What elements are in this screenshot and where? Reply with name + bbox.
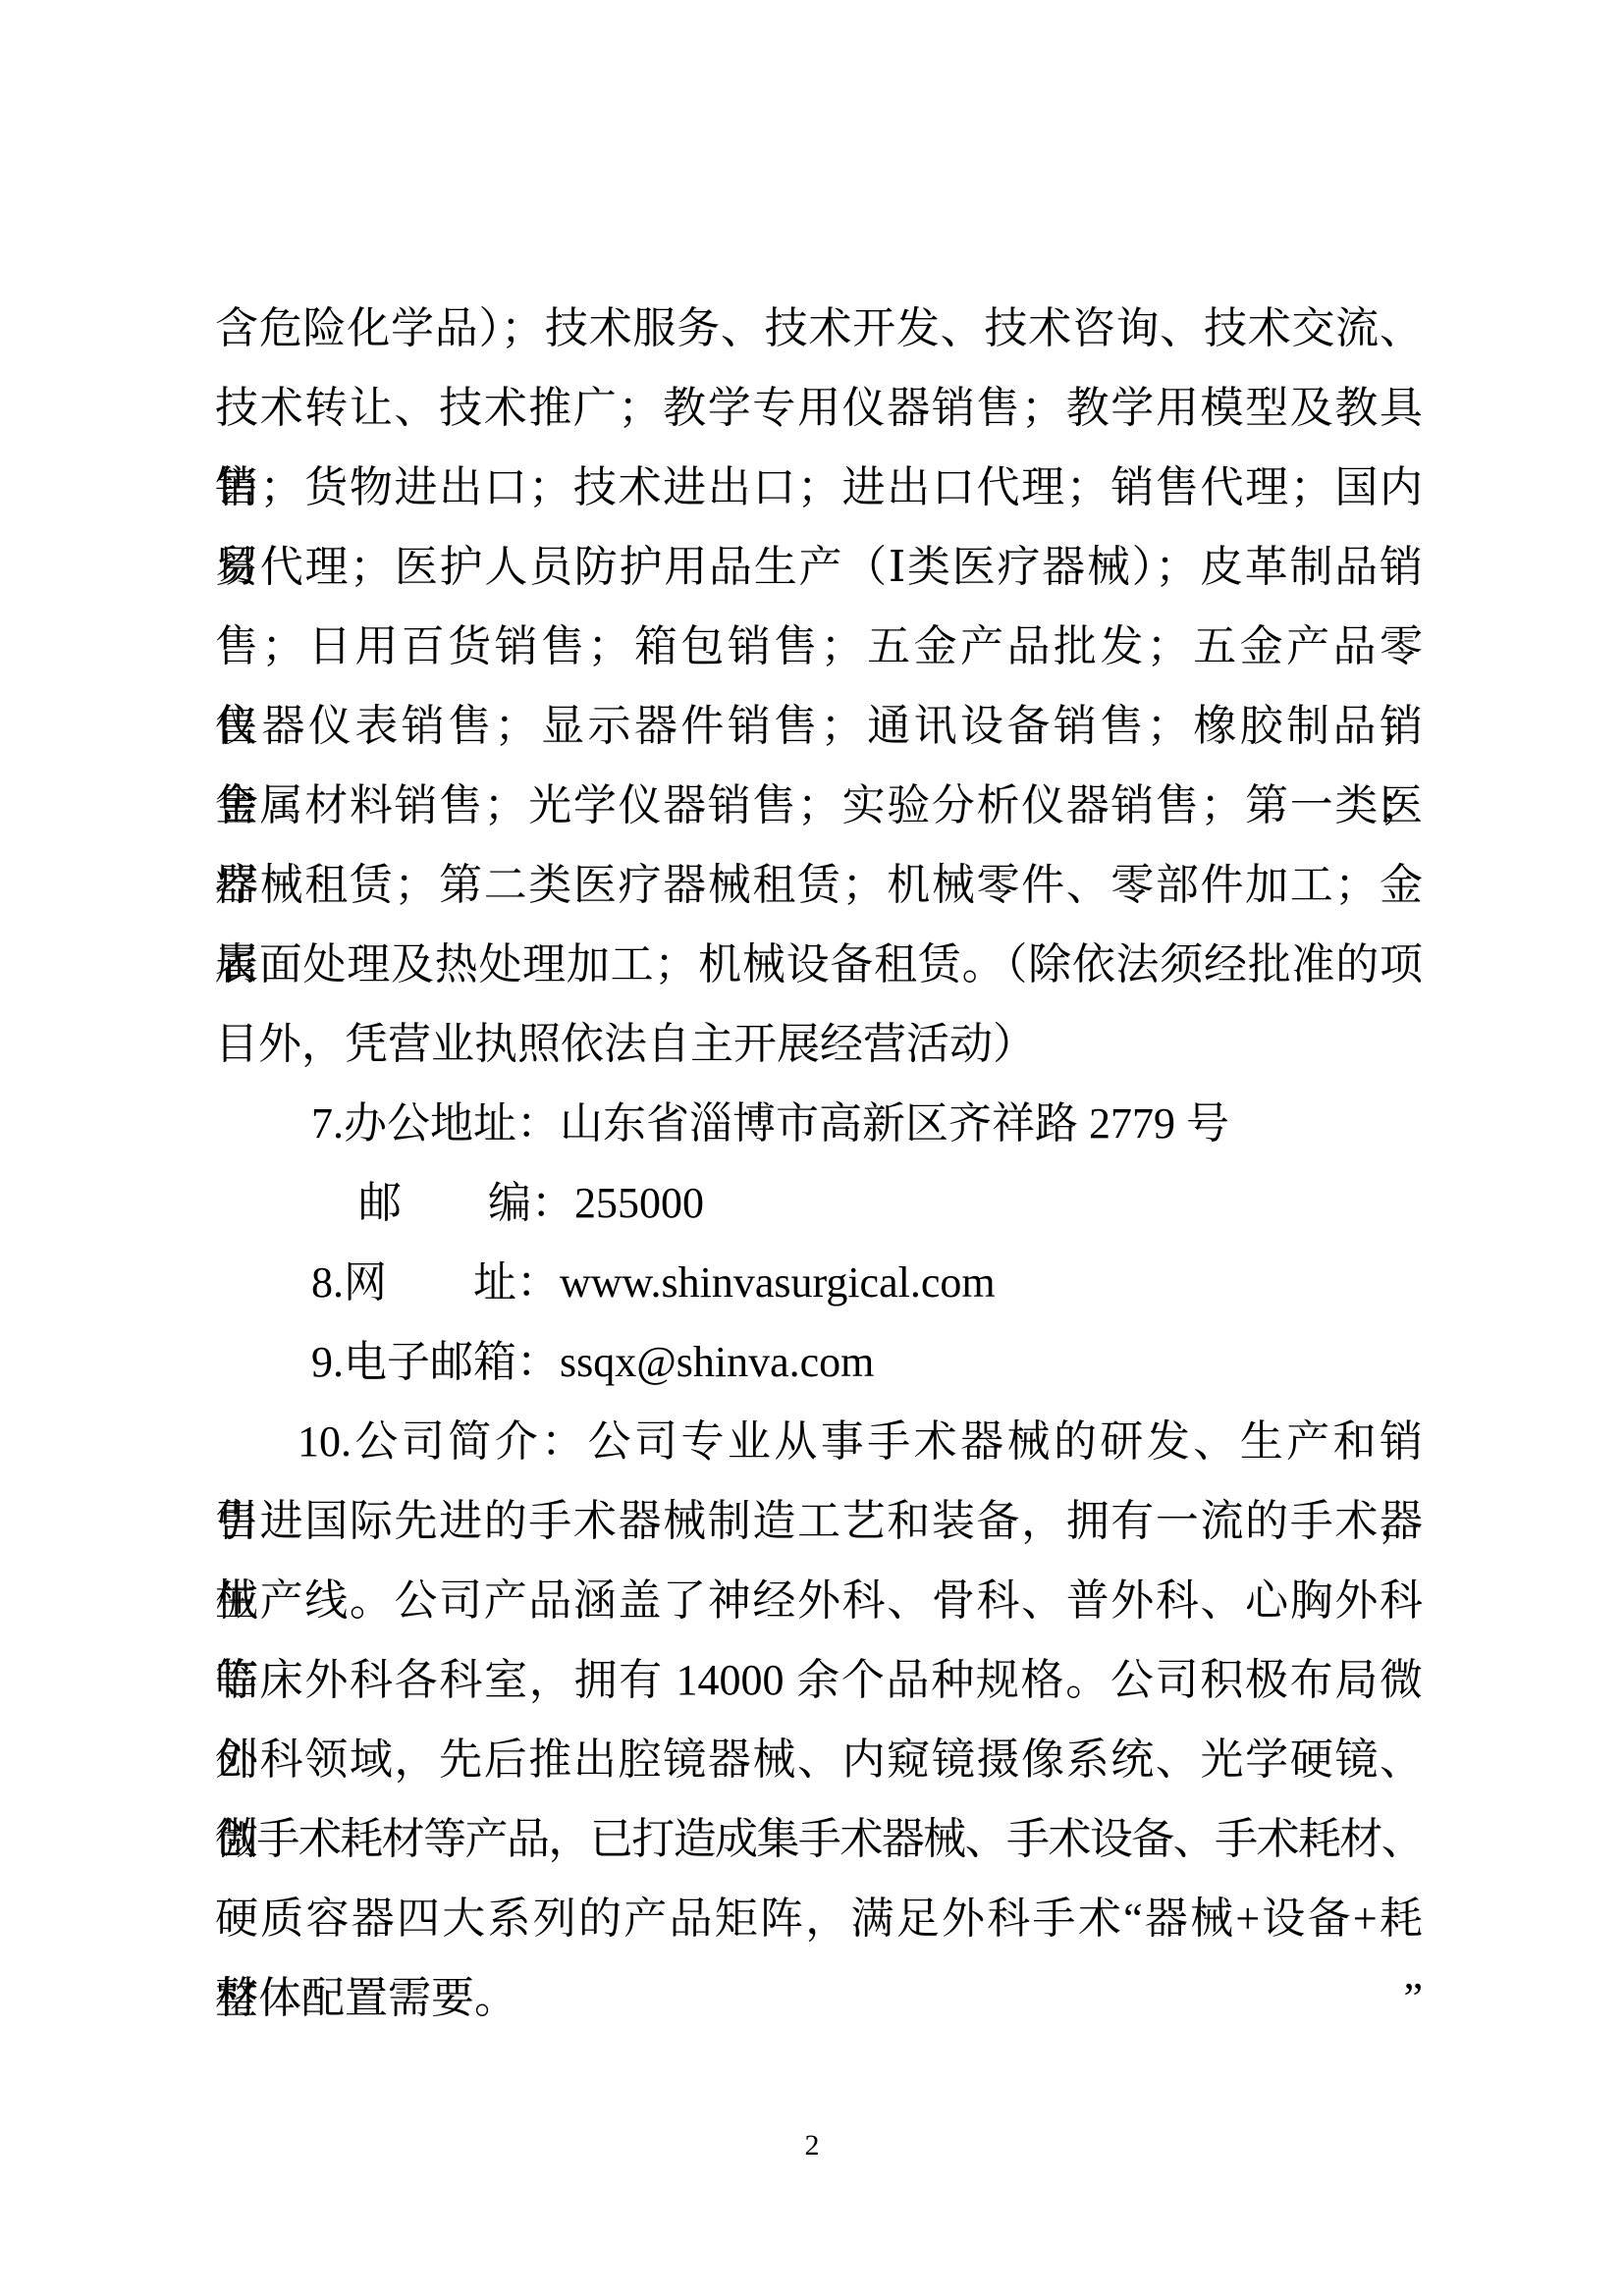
body-line: 器械租赁；第二类医疗器械租赁；机械零件、零部件加工；金属 [215,845,1423,925]
body-line: 售；日用百货销售；箱包销售；五金产品批发；五金产品零售； [215,607,1423,686]
page-number: 2 [0,2128,1624,2163]
body-line: 硬质容器四大系列的产品矩阵，满足外科手术“器械+设备+耗材” [215,1879,1423,1958]
body-line: 表面处理及热处理加工；机械设备租赁。（除依法须经批准的项 [215,925,1423,1004]
office-address-line: 7.办公地址：山东省淄博市高新区齐祥路 2779 号 [215,1084,1423,1163]
body-line: 外科领域，先后推出腔镜器械、内窥镜摄像系统、光学硬镜、微 [215,1720,1423,1799]
document-page: 含危险化学品）；技术服务、技术开发、技术咨询、技术交流、 技术转让、技术推广；教… [0,0,1624,2296]
website-line: 8.网 址：www.shinvasurgical.com [215,1243,1423,1322]
body-line: 仪器仪表销售；显示器件销售；通讯设备销售；橡胶制品销售； [215,686,1423,766]
body-line: 目外，凭营业执照依法自主开展经营活动） [215,1004,1423,1084]
company-intro-line: 10.公司简介：公司专业从事手术器械的研发、生产和销售， [215,1402,1423,1481]
body-line: 技术转让、技术推广；教学专用仪器销售；教学用模型及教具销 [215,368,1423,448]
postal-code-line: 邮 编：255000 [215,1163,1423,1243]
document-body: 含危险化学品）；技术服务、技术开发、技术咨询、技术交流、 技术转让、技术推广；教… [215,289,1423,2038]
body-line: 创手术耗材等产品，已打造成集手术器械、手术设备、手术耗材、 [215,1799,1423,1879]
body-line: 生产线。公司产品涵盖了神经外科、骨科、普外科、心胸外科等 [215,1561,1423,1640]
body-line: 引进国际先进的手术器械制造工艺和装备，拥有一流的手术器械 [215,1481,1423,1561]
body-line: 含危险化学品）；技术服务、技术开发、技术咨询、技术交流、 [215,289,1423,368]
email-line: 9.电子邮箱：ssqx@shinva.com [215,1322,1423,1402]
body-line: 易代理；医护人员防护用品生产（Ⅰ类医疗器械）；皮革制品销 [215,527,1423,607]
body-line: 临床外科各科室，拥有 14000 余个品种规格。公司积极布局微创 [215,1640,1423,1720]
body-line: 售；货物进出口；技术进出口；进出口代理；销售代理；国内贸 [215,448,1423,527]
body-line: 金属材料销售；光学仪器销售；实验分析仪器销售；第一类医疗 [215,766,1423,845]
